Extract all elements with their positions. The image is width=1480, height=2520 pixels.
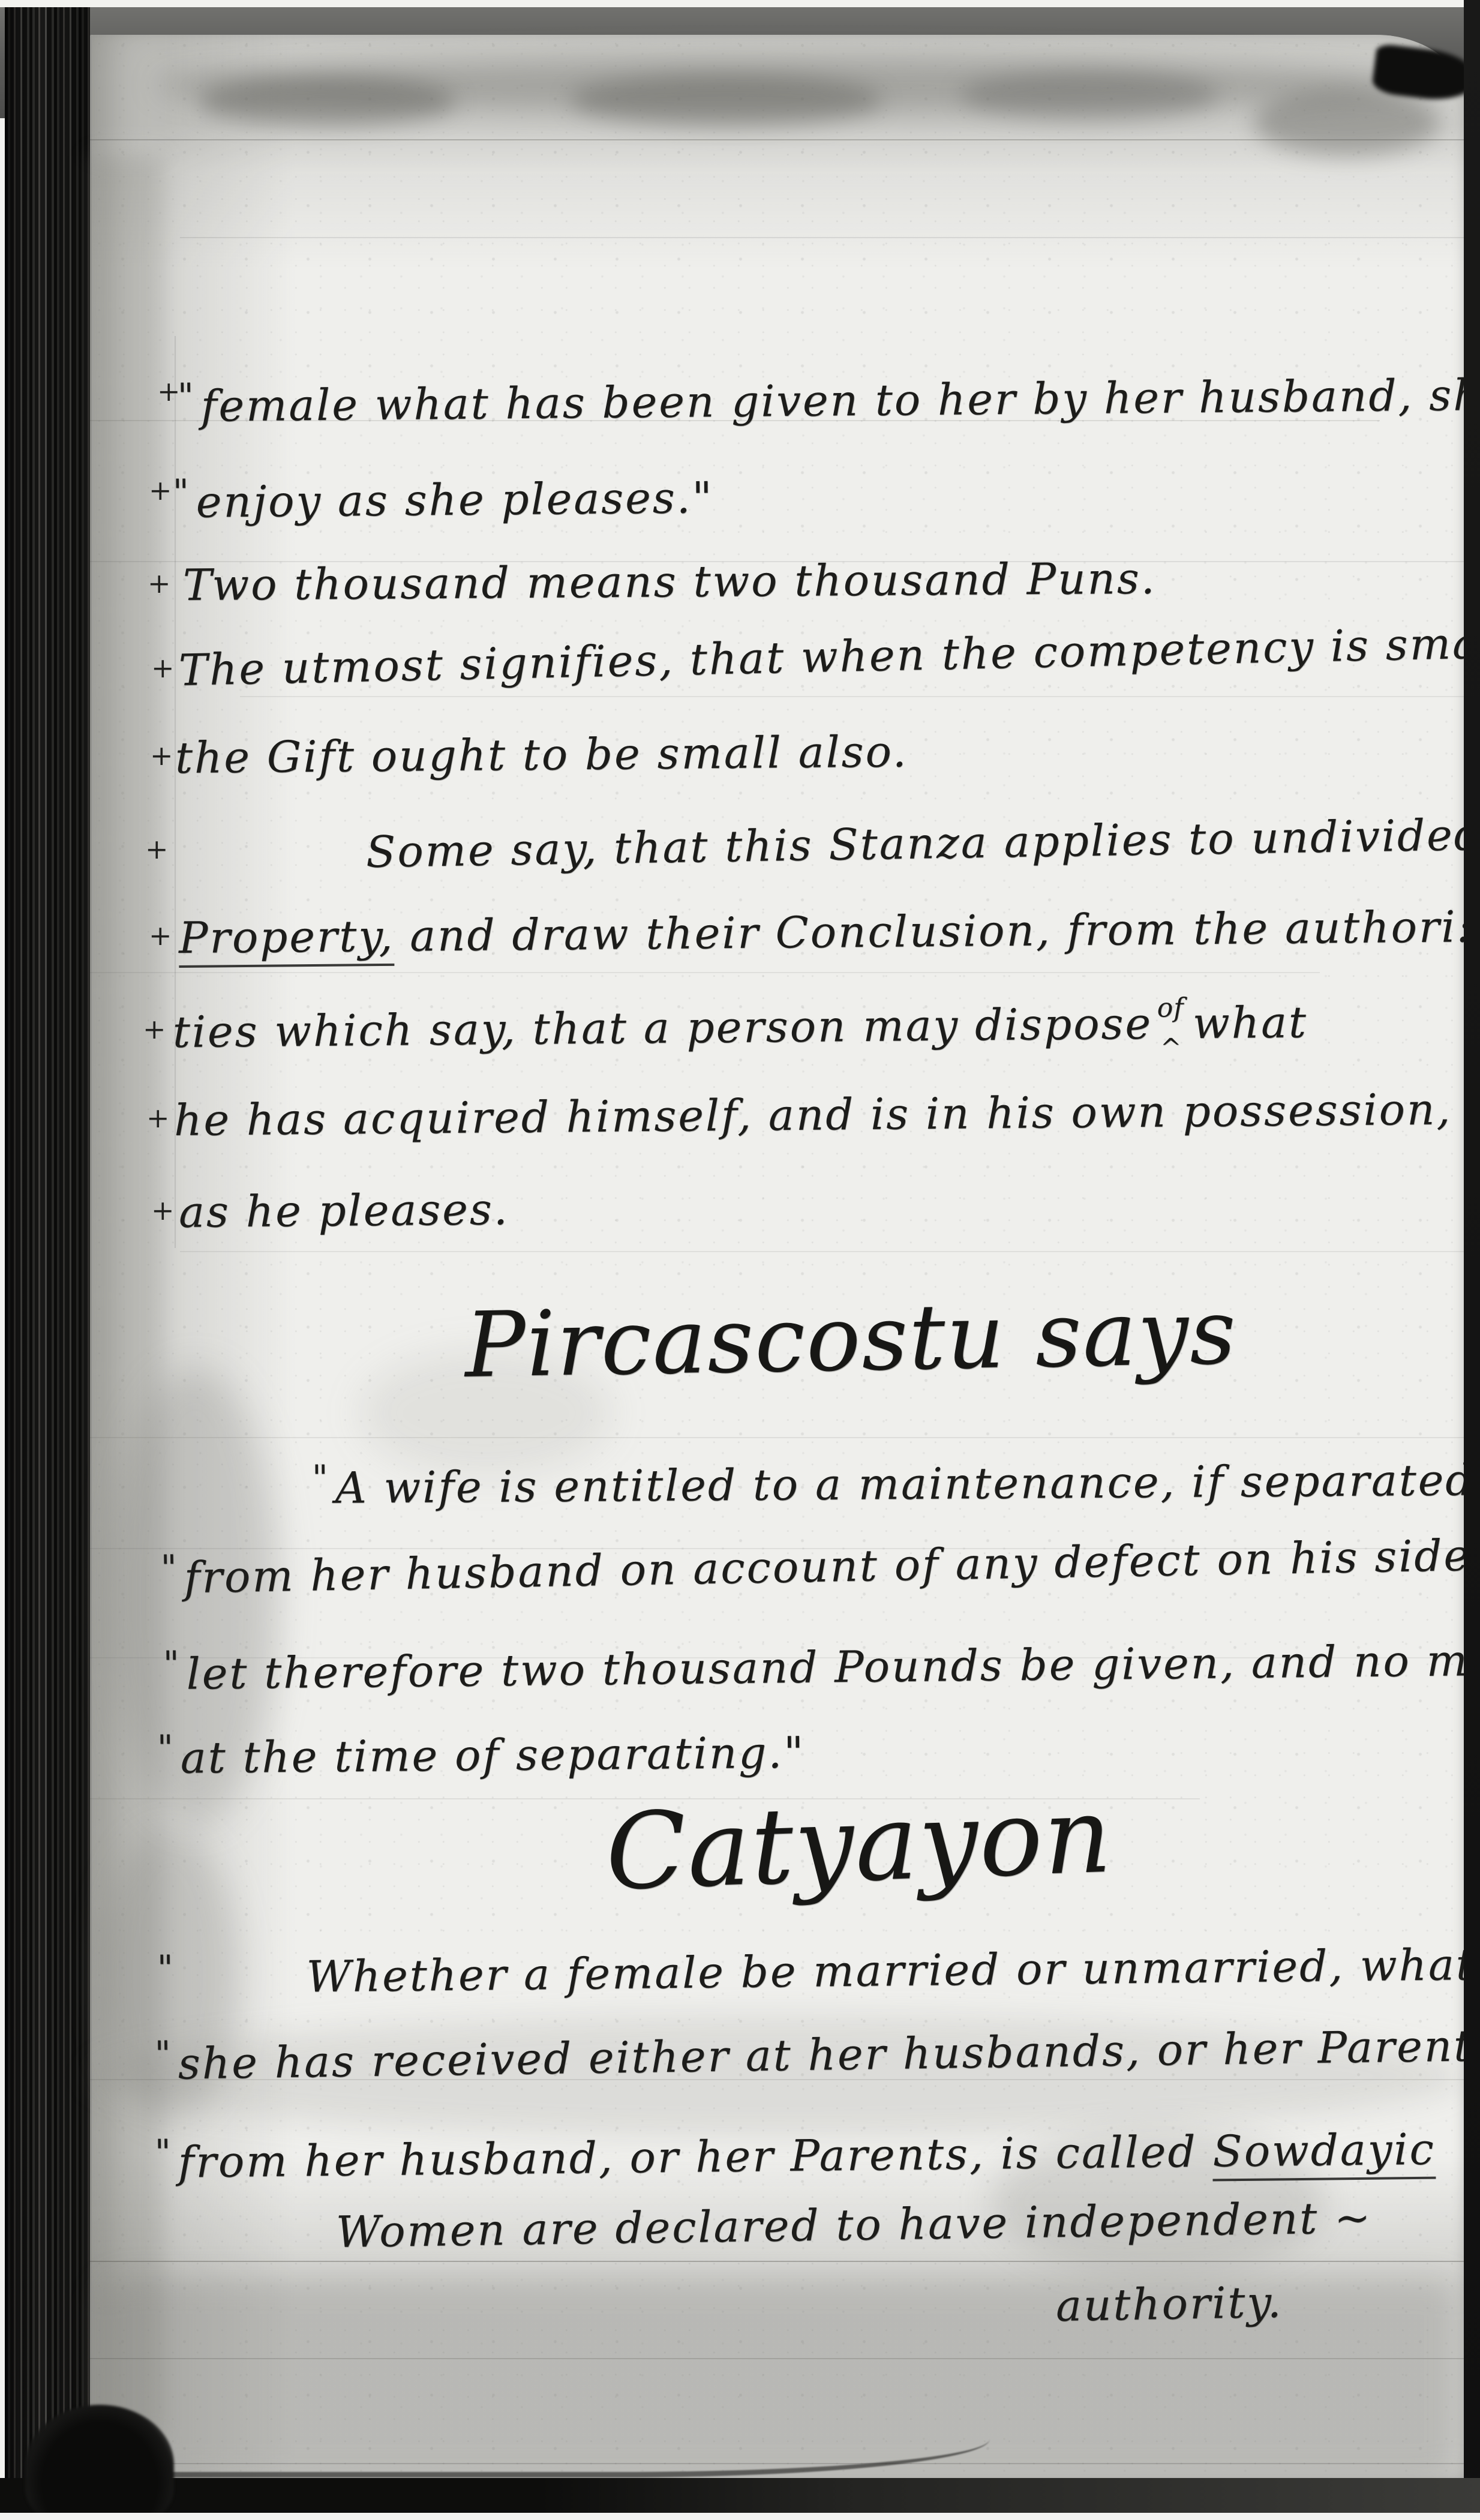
manuscript-line: "from her husband, or her Parents, is ca… <box>154 2106 1436 2195</box>
manuscript-line: authority. <box>1055 2269 1283 2339</box>
marginal-plus-mark: + <box>146 1102 170 1134</box>
ruled-line <box>180 1251 1464 1252</box>
line-text: A wife is entitled to a maintenance, if … <box>335 1454 1480 1513</box>
marginal-plus-mark: + <box>143 1013 166 1045</box>
manuscript-line: ties which say, that a person may dispos… <box>172 989 1308 1072</box>
ruled-line <box>90 972 1320 973</box>
ruled-line <box>180 237 1464 238</box>
bottom-edge-white <box>0 2513 1480 2520</box>
section-heading: Catyayon <box>604 1771 1115 1919</box>
line-text: and draw their Conclusion, from the auth… <box>394 901 1473 961</box>
line-text: as he pleases. <box>179 1184 509 1237</box>
line-text: he has acquired himself, and is in his o… <box>174 1084 1452 1145</box>
ruled-line <box>90 139 1464 140</box>
line-text: Some say, that this Stanza applies to un… <box>365 809 1480 877</box>
section-heading: Pircascostu says <box>464 1277 1238 1403</box>
line-text: Two thousand means two thousand Puns. <box>183 553 1157 610</box>
manuscript-line: the Gift ought to be small also. <box>175 718 908 791</box>
marginal-plus-mark: + <box>149 919 172 952</box>
manuscript-line: "enjoy as she pleases." <box>172 454 714 535</box>
line-text: ties which say, that a person may dispos… <box>173 998 1153 1057</box>
line-text: let therefore two thousand Pounds be giv… <box>186 1634 1480 1699</box>
book-binding-gutter <box>5 7 90 2513</box>
marginal-plus-mark: + <box>149 474 172 506</box>
line-text: authority. <box>1055 2276 1283 2331</box>
quotation-mark: " <box>173 472 189 512</box>
manuscript-line: "Whether a female be married or unmarrie… <box>157 1921 1475 2011</box>
quotation-mark: " <box>160 1547 177 1588</box>
manuscript-line: "female what has been given to her by he… <box>177 350 1480 439</box>
marginal-plus-mark: + <box>150 739 173 772</box>
underlined-word: Property, <box>179 911 395 968</box>
ruled-line <box>90 2261 1464 2262</box>
ruled-line <box>90 2358 1464 2359</box>
quotation-mark: " <box>178 376 194 416</box>
line-text: from her husband, or her Parents, is cal… <box>178 2126 1212 2188</box>
scan-background: +"female what has been given to her by h… <box>0 0 1480 2520</box>
quotation-mark: " <box>155 2132 171 2173</box>
line-text: female what has been given to her by her… <box>200 368 1480 431</box>
manuscript-line: "A wife is entitled to a maintenance, if… <box>312 1436 1480 1521</box>
quotation-mark: " <box>157 1948 173 1988</box>
underlined-word: Sowdayic <box>1212 2124 1436 2182</box>
quotation-mark: " <box>154 2033 171 2074</box>
manuscript-line: Two thousand means two thousand Puns. <box>183 545 1157 618</box>
line-text: Women are declared to have independent ~ <box>335 2192 1372 2257</box>
line-text: Whether a female be married or unmarried… <box>306 1939 1475 2002</box>
marginal-plus-mark: + <box>145 833 169 865</box>
manuscript-line: he has acquired himself, and is in his o… <box>174 1076 1452 1153</box>
quotation-mark: " <box>157 1727 173 1768</box>
bottom-scan-band <box>0 2478 1480 2514</box>
manuscript-line: "let therefore two thousand Pounds be gi… <box>163 1616 1480 1707</box>
manuscript-line: "at the time of separating." <box>157 1709 805 1791</box>
page-weight-shadow <box>25 2405 174 2520</box>
line-text: what <box>1193 997 1308 1048</box>
right-edge-shadow <box>1464 0 1480 2520</box>
quotation-mark: " <box>163 1643 179 1684</box>
caret-mark: ^ <box>1160 1033 1184 1062</box>
quotation-mark: " <box>312 1457 328 1498</box>
line-text: at the time of separating." <box>180 1727 805 1783</box>
line-text: the Gift ought to be small also. <box>175 726 908 783</box>
marginal-plus-mark: + <box>148 567 171 599</box>
line-text: enjoy as she pleases." <box>196 472 714 527</box>
inserted-word: of <box>1157 992 1184 1023</box>
manuscript-line: Property, and draw their Conclusion, fro… <box>179 893 1474 971</box>
marginal-plus-mark: + <box>151 652 175 684</box>
manuscript-line: as he pleases. <box>179 1176 510 1245</box>
line-text: she has received either at her husbands,… <box>178 2020 1480 2089</box>
marginal-plus-mark: + <box>151 1194 175 1226</box>
